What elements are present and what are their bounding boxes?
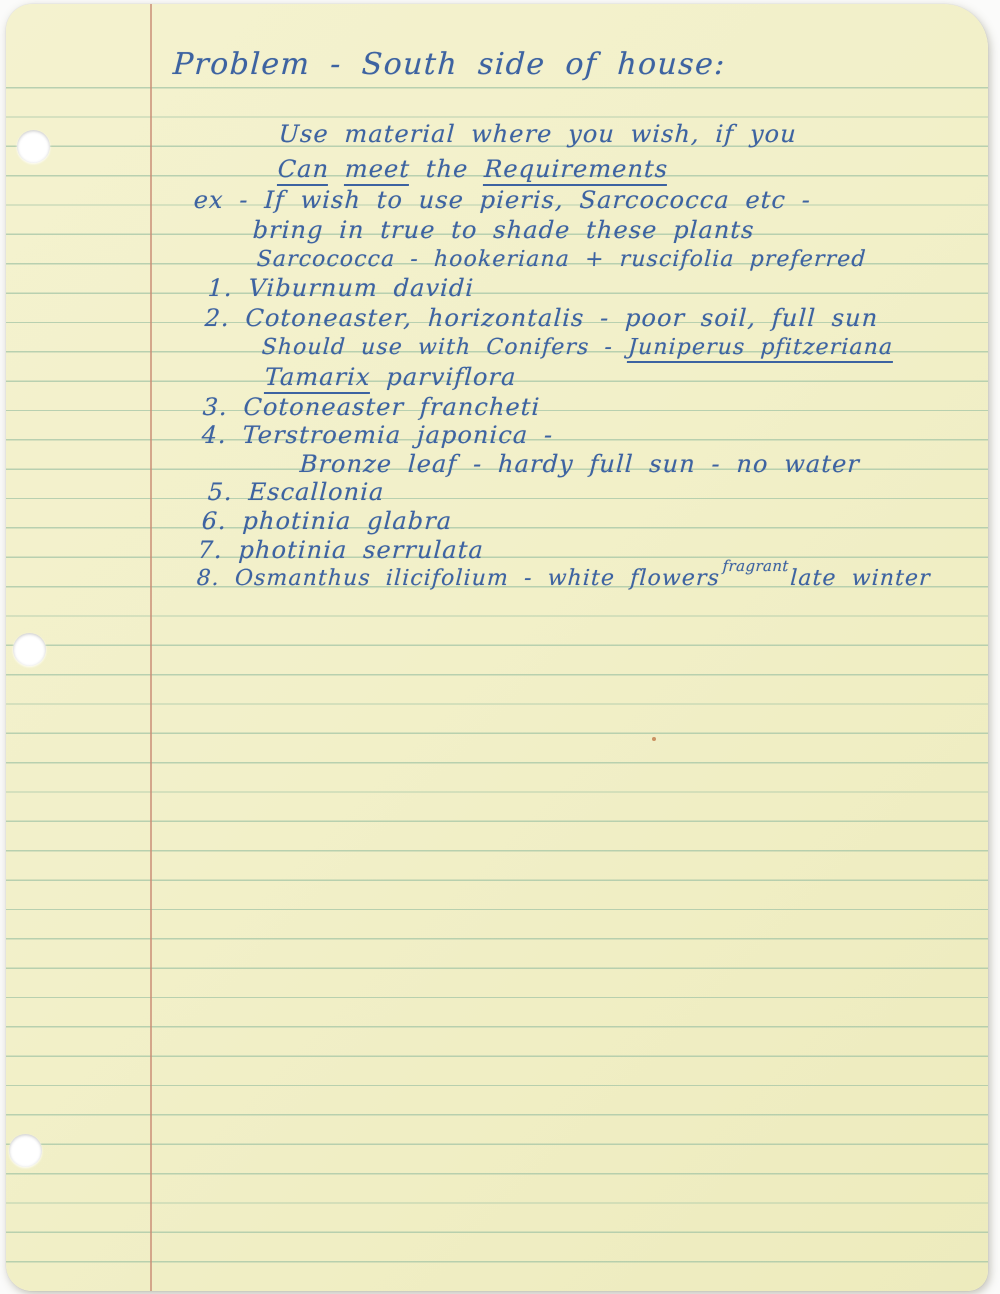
line-text: 2. Cotoneaster, horizontalis - poor soil… [204, 304, 879, 332]
margin-line [150, 4, 152, 1291]
line-text: 8. Osmanthus ilicifolium - white flowers [196, 566, 721, 591]
line-text: Sarcococca - hookeriana + ruscifolia pre… [256, 247, 867, 272]
note-line-bring-in-true: bring in true to shade these plants [252, 217, 755, 245]
list-item-1: 1. Viburnum davidi [207, 275, 475, 303]
list-item-4: 4. Terstroemia japonica - [201, 422, 554, 450]
list-item-5: 5. Escallonia [207, 479, 385, 507]
line-text: ex - If wish to use pieris, Sarcococca e… [193, 186, 812, 214]
line-text: parviflora [370, 363, 517, 391]
note-line-use-material: Use material where you wish, if you [278, 121, 798, 149]
line-text: Bronze leaf - hardy full sun - no water [299, 450, 861, 478]
note-line-sarcococca: Sarcococca - hookeriana + ruscifolia pre… [256, 247, 867, 272]
line-text-underlined: Juniperus pfitzeriana [627, 335, 894, 363]
line-text-underlined: Can [277, 155, 330, 186]
line-text [328, 155, 345, 183]
list-item-2: 2. Cotoneaster, horizontalis - poor soil… [204, 305, 879, 333]
hole-punch-middle [13, 633, 46, 666]
paper-speck [652, 737, 656, 741]
line-text-underlined: Requirements [483, 155, 669, 186]
line-text-superscript: fragrant [722, 557, 789, 575]
hole-punch-bottom [9, 1134, 42, 1167]
note-line-conifers: Should use with Conifers - Juniperus pfi… [261, 335, 894, 360]
line-text: 7. photinia serrulata [197, 536, 485, 564]
line-text: bring in true to shade these plants [252, 216, 755, 244]
list-item-8: 8. Osmanthus ilicifolium - white flowers… [196, 566, 931, 591]
line-text: Use material where you wish, if you [278, 120, 798, 148]
hole-punch-top [17, 130, 50, 163]
list-item-7: 7. photinia serrulata [197, 537, 485, 565]
scanned-notebook-page: Problem - South side of house: Use mater… [0, 0, 1000, 1294]
note-title-text: Problem - South side of house: [172, 47, 727, 82]
line-text: 6. photinia glabra [201, 507, 453, 535]
line-text-underlined: Tamarix [264, 363, 372, 394]
note-title: Problem - South side of house: [172, 48, 727, 83]
line-text: late winter [790, 566, 932, 591]
line-text: 1. Viburnum davidi [207, 274, 475, 302]
note-line-example: ex - If wish to use pieris, Sarcococca e… [193, 187, 812, 215]
note-line-bronze-leaf: Bronze leaf - hardy full sun - no water [299, 451, 861, 479]
line-text: 4. Terstroemia japonica - [201, 421, 554, 449]
list-item-6: 6. photinia glabra [201, 508, 453, 536]
line-text: the [409, 155, 485, 183]
line-text: Should use with Conifers - [261, 335, 629, 360]
line-text-underlined: meet [344, 155, 411, 186]
line-text: 5. Escallonia [207, 478, 385, 506]
note-line-can-meet-requirements: Can meet the Requirements [277, 156, 669, 184]
list-item-3: 3. Cotoneaster francheti [202, 394, 541, 422]
line-text: 3. Cotoneaster francheti [202, 393, 541, 421]
notebook-paper: Problem - South side of house: Use mater… [6, 4, 988, 1291]
note-line-tamarix: Tamarix parviflora [264, 364, 517, 392]
